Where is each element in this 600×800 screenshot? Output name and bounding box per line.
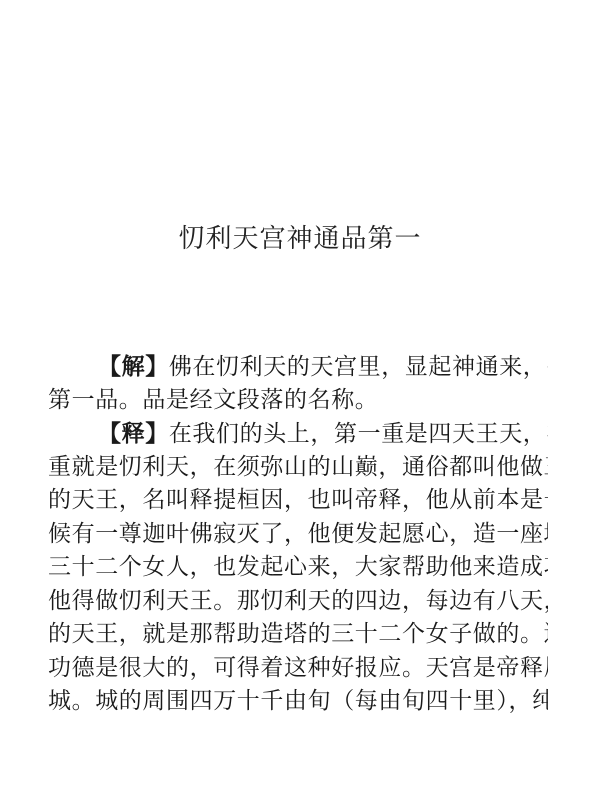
paragraph-shi-line-2: 重就是忉利天，在须弥山的山巅，通俗都叫他做三十三天的。这忉利天 — [48, 451, 548, 485]
paragraph-shi-line-3: 的天王，名叫释提桓因，也叫帝释，他从前本是一个平常的女人，这时 — [48, 484, 548, 518]
document-body: 【解】佛在忉利天的天宫里，显起神通来，召集会众。这是本经的 第一品。品是经文段落… — [48, 350, 548, 719]
paragraph-shi-line-8: 功德是很大的，可得着这种好报应。天宫是帝释居的地方，在忉利善见 — [48, 652, 548, 686]
annotation-tag-jie: 【解】 — [98, 353, 169, 380]
paragraph-shi-line-6: 他得做忉利天王。那忉利天的四边，每边有八天，总共三十二天。各天 — [48, 585, 548, 619]
paragraph-jie-line-1: 【解】佛在忉利天的天宫里，显起神通来，召集会众。这是本经的 — [48, 350, 548, 384]
paragraph-shi-line-5: 三十二个女人，也发起心来，大家帮助他来造成功。有了这一种善根， — [48, 551, 548, 585]
paragraph-jie-line-2: 第一品。品是经文段落的名称。 — [48, 384, 548, 418]
paragraph-shi-line-1: 【释】在我们的头上，第一重是四天王天，在须弥山的半腰；第二 — [48, 417, 548, 451]
paragraph-shi-line-7: 的天王，就是那帮助造塔的三十二个女子做的。这也可知道造塔造庵的 — [48, 618, 548, 652]
chapter-title: 忉利天宫神通品第一 — [0, 218, 600, 255]
paragraph-shi-line-9: 城。城的周围四万十千由旬（每由旬四十里），纯是黄金造成的。城的 — [48, 685, 548, 719]
annotation-tag-shi: 【释】 — [98, 420, 169, 447]
paragraph-shi-line-4: 候有一尊迦叶佛寂灭了，他便发起愿心，造一座塔来供养迦叶佛；还有 — [48, 518, 548, 552]
